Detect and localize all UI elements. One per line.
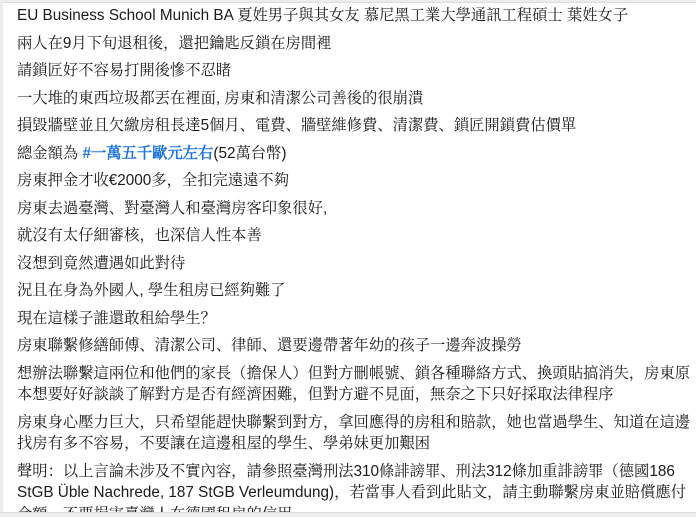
page-edge-left: [0, 0, 3, 517]
page-edge-bottom: [0, 512, 696, 517]
paragraph: 一大堆的東西垃圾都丟在裡面, 房東和清潔公司善後的很崩潰: [17, 88, 693, 110]
total-amount-prefix: 總金額為: [17, 145, 82, 162]
paragraph: 損毀牆壁並且欠繳房租長達5個月、電費、牆壁維修費、清潔費、鎖匠開鎖費估價單: [17, 115, 693, 137]
paragraph: EU Business School Munich BA 夏姓男子與其女友 慕尼…: [17, 5, 693, 27]
paragraph: 請鎖匠好不容易打開後慘不忍睹: [17, 60, 693, 82]
paragraph: 現在這樣子誰還敢租給學生？: [17, 308, 693, 330]
hashtag-link[interactable]: #一萬五千歐元左右: [82, 145, 213, 162]
paragraph: 房東聯繫修繕師傅、清潔公司、律師、還要邊帶著年幼的孩子一邊奔波操勞: [17, 335, 693, 357]
paragraph: 房東押金才收€2000多，全扣完遠遠不夠: [17, 170, 693, 192]
paragraph: 房東身心壓力巨大，只希望能趕快聯繫到對方，拿回應得的房租和賠款，她也當過學生、知…: [17, 412, 693, 455]
paragraph: 就沒有太仔細審核，也深信人性本善: [17, 225, 693, 247]
paragraph-total-amount: 總金額為 #一萬五千歐元左右(52萬台幣): [17, 143, 693, 165]
paragraph: 想辦法聯繫這兩位和他們的家長（擔保人）但對方刪帳號、鎖各種聯絡方式、換頭貼搞消失…: [17, 363, 693, 406]
paragraph: 沒想到竟然遭遇如此對待: [17, 253, 693, 275]
page-edge-top: [0, 0, 696, 3]
paragraph: 聲明：以上言論未涉及不實內容，請參照臺灣刑法310條誹謗罪、刑法312條加重誹謗…: [17, 461, 693, 513]
paragraph: 況且在身為外國人, 學生租房已經夠難了: [17, 280, 693, 302]
screenshot-root: EU Business School Munich BA 夏姓男子與其女友 慕尼…: [0, 0, 696, 517]
post-text-body: EU Business School Munich BA 夏姓男子與其女友 慕尼…: [3, 3, 696, 512]
total-amount-suffix: (52萬台幣): [213, 145, 286, 162]
paragraph: 房東去過臺灣、對臺灣人和臺灣房客印象很好,: [17, 198, 693, 220]
paragraph: 兩人在9月下旬退租後，還把鑰匙反鎖在房間裡: [17, 33, 693, 55]
